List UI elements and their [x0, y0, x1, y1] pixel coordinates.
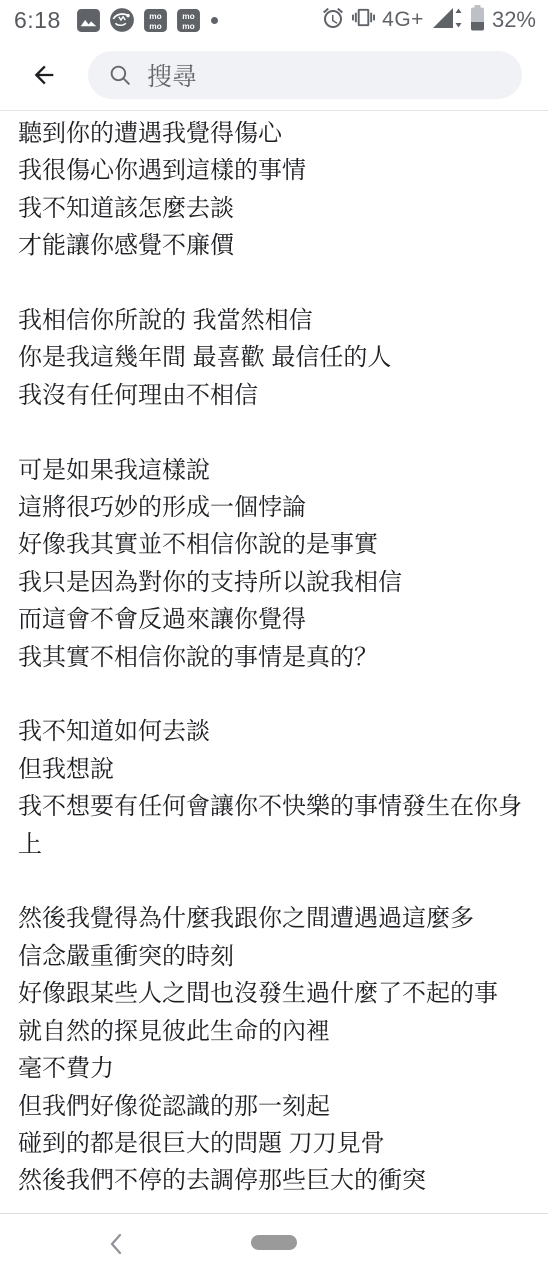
search-input[interactable]: 搜尋 [88, 51, 522, 99]
search-icon [108, 63, 133, 88]
svg-text:mo: mo [149, 10, 162, 20]
post-paragraph-3: 可是如果我這樣說 這將很巧妙的形成一個悖論 好像我其實並不相信你說的是事實 我只… [18, 452, 530, 676]
back-arrow-button[interactable] [0, 40, 88, 110]
status-time: 6:18 [14, 7, 61, 34]
back-arrow-icon [30, 61, 58, 89]
svg-text:mo: mo [182, 20, 195, 30]
post-paragraph-4: 我不知道如何去談 但我想說 我不想要有任何會讓你不快樂的事情發生在你身上 [18, 713, 530, 863]
doodle-sticker-notification-icon [109, 7, 135, 33]
svg-text:mo: mo [149, 20, 162, 30]
overflow-dot-icon [211, 17, 218, 24]
home-pill-handle[interactable] [251, 1235, 297, 1250]
network-type-label: 4G+ [382, 8, 424, 32]
signal-icon [431, 6, 463, 35]
nav-back-button[interactable] [96, 1222, 136, 1266]
post-paragraph-1: 聽到你的遭遇我覺得傷心 我很傷心你遇到這樣的事情 我不知道該怎麼去談 才能讓你感… [18, 115, 530, 265]
svg-text:mo: mo [182, 10, 195, 20]
status-bar: 6:18 momo momo [0, 0, 548, 40]
post-paragraph-2: 我相信你所說的 我當然相信 你是我這幾年間 最喜歡 最信任的人 我沒有任何理由不… [18, 302, 530, 414]
back-chevron-icon [108, 1232, 124, 1256]
gallery-notification-icon [76, 8, 101, 33]
search-placeholder: 搜尋 [147, 57, 197, 93]
battery-percent-label: 32% [492, 7, 536, 33]
status-bar-left: 6:18 momo momo [14, 7, 321, 34]
post-text-content: 聽到你的遭遇我覺得傷心 我很傷心你遇到這樣的事情 我不知道該怎麼去談 才能讓你感… [0, 111, 548, 1200]
notification-icons: momo momo [76, 7, 218, 33]
phone-screen: 6:18 momo momo [0, 0, 548, 1280]
momo-notification-icon: momo [143, 8, 168, 33]
bottom-nav-bar [0, 1213, 548, 1280]
momo-notification-icon-2: momo [176, 8, 201, 33]
battery-icon [470, 5, 485, 36]
vibrate-icon [352, 6, 375, 34]
search-header: 搜尋 [0, 40, 548, 111]
status-bar-right: 4G+ 32% [321, 5, 536, 36]
alarm-icon [321, 6, 345, 35]
post-paragraph-5: 然後我覺得為什麼我跟你之間遭遇過這麼多 信念嚴重衝突的時刻 好像跟某些人之間也沒… [18, 900, 530, 1199]
